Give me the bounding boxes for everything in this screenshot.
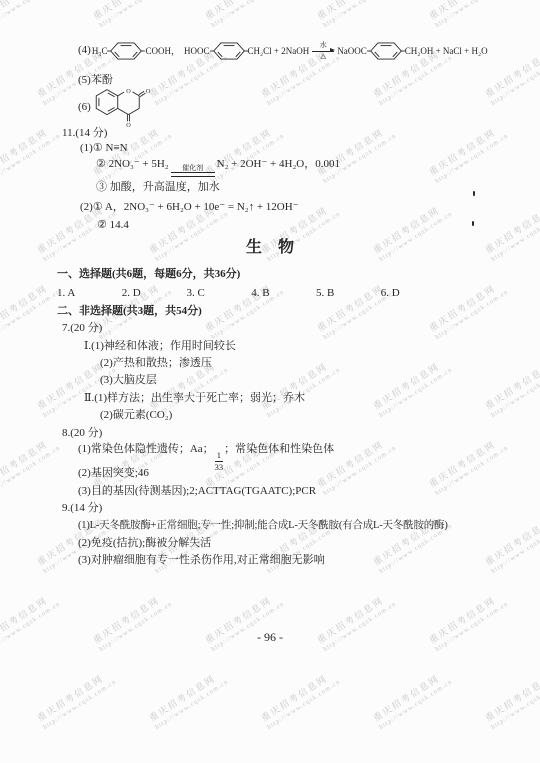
choice-section-header: 一、选择题(共6题，每题6分，共36分) [57,268,240,282]
catalyst-label: 催化剂 [182,164,203,172]
formula-fragment-hooc: HOOC [184,46,210,57]
item-label: (5) [78,74,91,86]
choice-answer-3: 3. C [187,287,249,301]
q8-line1-post: ；常染色体和性染色体 [224,443,334,455]
choice-answer-4: 4. B [251,287,313,301]
q7-line3: (3)大脑皮层 [100,374,157,388]
item-label: (4) [78,44,91,58]
question-7-header: 7.(20 分) [62,322,102,336]
benzene-ring-icon [107,42,145,60]
question-11-header: 11.(14 分) [62,127,107,141]
page-number: - 96 - [0,630,540,645]
q11-answer-2-2: ② 14.4 [97,219,129,233]
q7-line4: Ⅱ.(1)样方法；出生率大于死亡率；弱光；乔木 [84,392,305,406]
benzene-ring-icon [210,42,248,60]
question-9-header: 9.(14 分) [62,502,102,516]
benzene-ring-icon [367,42,405,60]
choice-answer-5: 5. B [316,287,378,301]
equation-right: N₂ + 2OH⁻ + 4H₂O，0.001 [217,158,340,170]
scanned-answer-page: 重庆招考信息网http://www.cqzk.com.cn重庆招考信息网http… [0,0,540,763]
double-line-icon [171,172,215,177]
item-label: (6) [78,101,91,115]
q11-answer-2-1: (2)① A，2NO₃⁻ + 6H₂O + 10e⁻ = N₂↑ + 12OH⁻ [80,201,299,215]
q9-line3: (3)对肿瘤细胞有专一性杀伤作用,对正常细胞无影响 [78,554,325,568]
chromandione-structure [93,86,155,129]
scan-artifact-speck [473,191,475,196]
choice-answer-6: 6. D [381,287,443,301]
fraction-numerator: 1 [215,451,223,462]
q7-line2: (2)产热和散热；渗透压 [100,357,212,371]
formula-fragment-methyl: H₃C [92,46,108,57]
choice-answer-1: 1. A [57,287,119,301]
scan-artifact-speck [472,221,474,226]
condition-below-arrow: △ [321,53,326,61]
catalyst-condition: 催化剂 [171,164,215,177]
question-8-header: 8.(20 分) [62,427,102,441]
q11-answer-1-1: (1)① N≡N [80,142,128,156]
fraction-denominator: 33 [215,462,224,472]
q9-line2: (2)免疫(拮抗);酶被分解失活 [78,537,211,551]
q8-line1-pre: (1)常染色体隐性遗传；Aa； [78,443,214,455]
formula-fragment-products: CH₂OH + NaCl + H₂O [405,46,488,57]
equation-left: ② 2NO₃⁻ + 5H₂ [96,158,169,170]
formula-fragment-ch2cl: CH₂Cl + 2NaOH [248,46,310,57]
chem-answer-item6: (6) [78,86,155,129]
formula-fragment-cooh: COOH， [145,46,180,57]
q11-answer-1-3: ③ 加酸，升高温度，加水 [96,181,220,195]
q7-line5: (2)碳元素(CO₂) [100,409,172,423]
non-choice-section-header: 二、非选择题(共3题，共54分) [57,305,202,319]
q11-answer-1-2: ② 2NO₃⁻ + 5H₂催化剂N₂ + 2OH⁻ + 4H₂O，0.001 [96,158,340,177]
chem-answer-item4: (4) H₃C COOH， HOOC CH₂Cl + 2NaOH 水 △ NaO… [78,42,488,60]
q7-line1: Ⅰ.(1)神经和体液；作用时间较长 [84,340,236,354]
fraction-1-33: 133 [215,451,224,471]
q8-line2: (2)基因突变;46 [78,467,149,481]
biology-section-title: 生 物 [0,238,540,258]
q9-line1: (1)L-天冬酰胺酶+正常细胞;专一性;抑制;能合成L-天冬酰胺(有合成L-天冬… [78,519,448,532]
page-content: (4) H₃C COOH， HOOC CH₂Cl + 2NaOH 水 △ NaO… [0,0,540,763]
formula-fragment-naooc: NaOOC [337,46,367,57]
arrow-line-icon [312,51,334,52]
choice-answers-row: 1. A 2. D 3. C 4. B 5. B 6. D [57,287,443,301]
q8-line3: (3)目的基因(待测基因);2;ACTTAG(TGAATC);PCR [78,485,316,499]
choice-answer-2: 2. D [122,287,184,301]
answer-text: 苯酚 [91,74,113,86]
condition-above-arrow: 水 [320,42,327,50]
reaction-arrow: 水 △ [312,42,334,60]
